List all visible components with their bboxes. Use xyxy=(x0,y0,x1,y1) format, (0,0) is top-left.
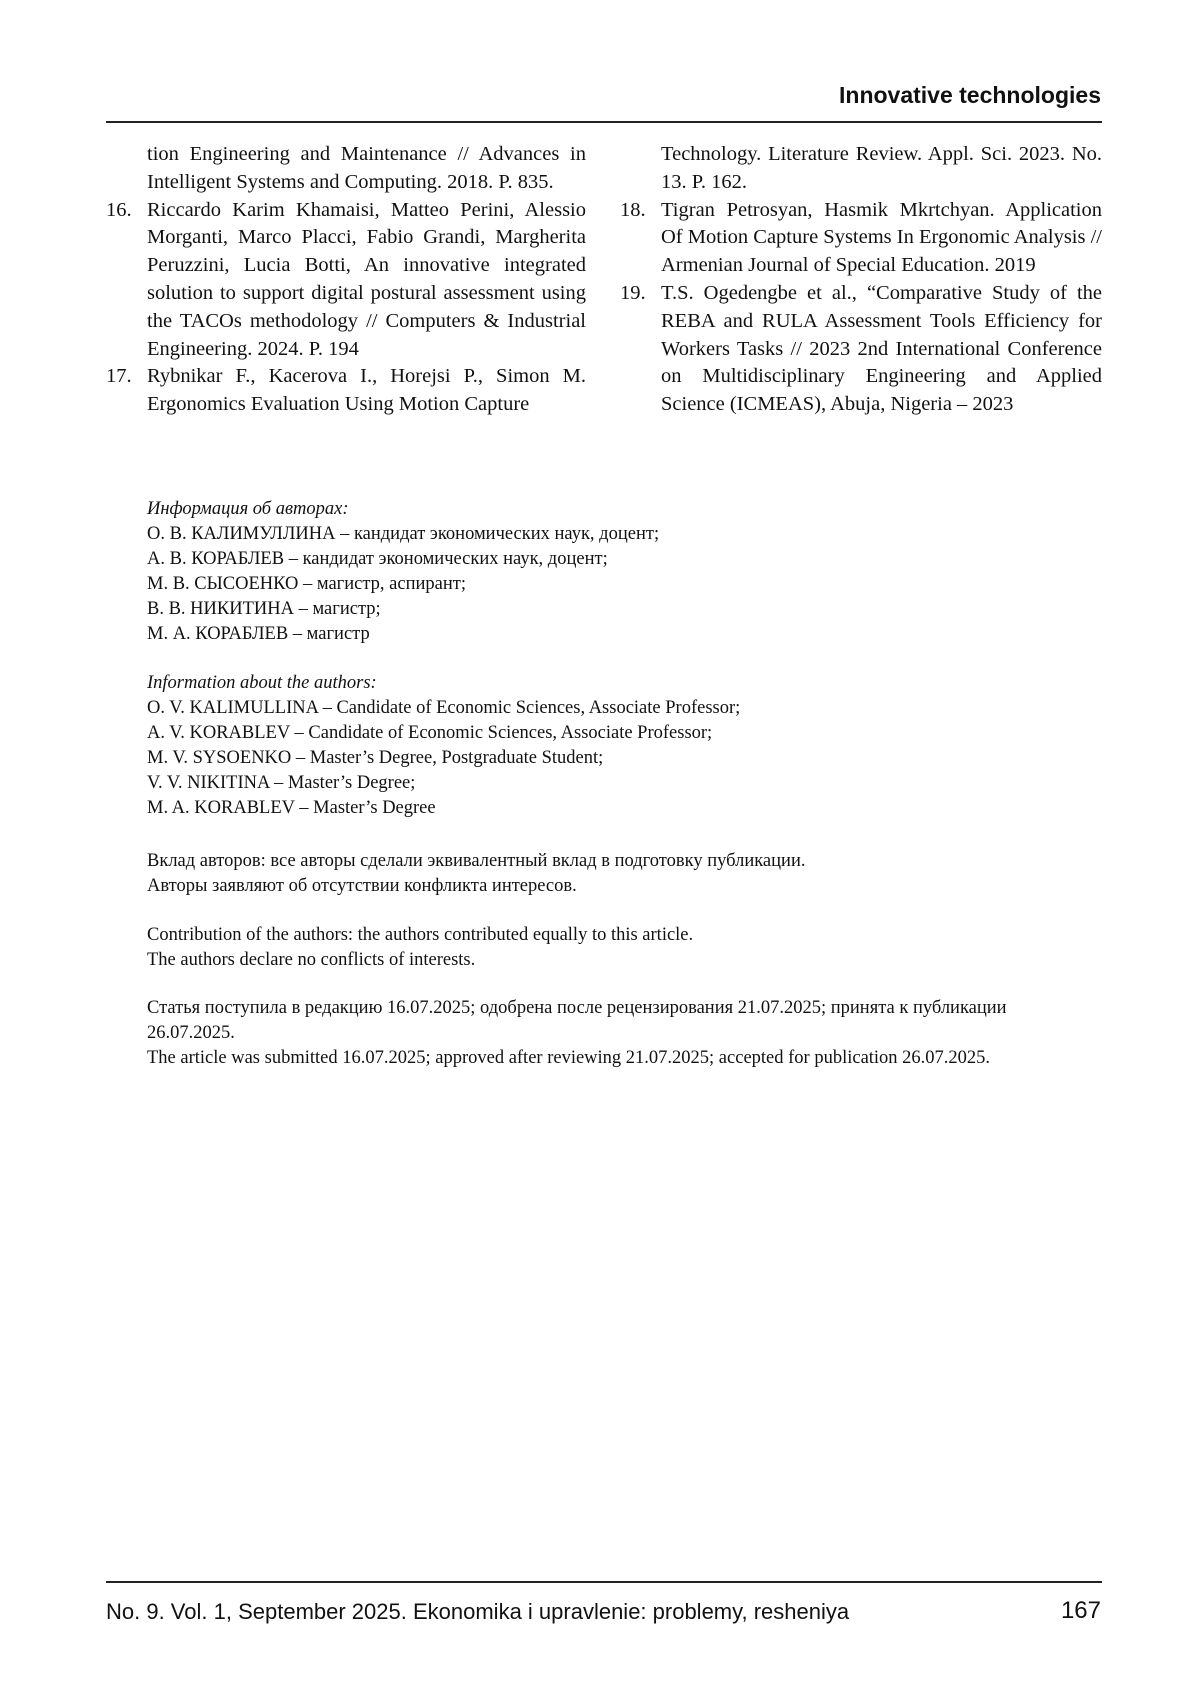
dates-en: The article was submitted 16.07.2025; ap… xyxy=(147,1046,1107,1071)
authors-info-en-heading: Information about the authors: xyxy=(147,671,1107,696)
reference-item-17: 17. Rybnikar F., Kacerova I., Horejsi P.… xyxy=(106,363,586,419)
references-right-column: Technology. Literature Review. Appl. Sci… xyxy=(620,141,1102,419)
reference-text: T.S. Ogedengbe et al., “Comparative Stud… xyxy=(661,282,1102,415)
reference-continuation: Technology. Literature Review. Appl. Sci… xyxy=(620,141,1102,197)
reference-continuation: tion Engineering and Maintenance // Adva… xyxy=(106,141,586,197)
authors-info-en: Information about the authors: O. V. KAL… xyxy=(147,671,1107,821)
footer-journal-info: No. 9. Vol. 1, September 2025. Ekonomika… xyxy=(106,1599,849,1625)
page-number: 167 xyxy=(1061,1597,1101,1625)
contribution-en: Contribution of the authors: the authors… xyxy=(147,923,1107,973)
reference-text: Rybnikar F., Kacerova I., Horejsi P., Si… xyxy=(147,365,586,415)
reference-text: Technology. Literature Review. Appl. Sci… xyxy=(661,143,1102,193)
reference-item-18: 18. Tigran Petrosyan, Hasmik Mkrtchyan. … xyxy=(620,197,1102,280)
authors-info-ru-heading: Информация об авторах: xyxy=(147,497,1107,522)
author-line: А. В. КОРАБЛЕВ – кандидат экономических … xyxy=(147,547,1107,572)
authors-info-ru: Информация об авторах: О. В. КАЛИМУЛЛИНА… xyxy=(147,497,1107,647)
running-head-section-title: Innovative technologies xyxy=(839,82,1101,109)
reference-text: tion Engineering and Maintenance // Adva… xyxy=(147,143,586,193)
author-line: М. В. СЫСОЕНКО – магистр, аспирант; xyxy=(147,572,1107,597)
dates-ru-line-2: 26.07.2025. xyxy=(147,1021,1107,1046)
dates-ru-line-1: Статья поступила в редакцию 16.07.2025; … xyxy=(147,996,1107,1021)
author-line: A. V. KORABLEV – Candidate of Economic S… xyxy=(147,721,1107,746)
author-line: M. A. KORABLEV – Master’s Degree xyxy=(147,796,1107,821)
reference-number: 17. xyxy=(106,363,132,391)
author-line: О. В. КАЛИМУЛЛИНА – кандидат экономическ… xyxy=(147,522,1107,547)
references-left-column: tion Engineering and Maintenance // Adva… xyxy=(106,141,586,419)
footer-rule xyxy=(106,1581,1102,1583)
reference-text: Riccardo Karim Khamaisi, Matteo Perini, … xyxy=(147,199,586,360)
author-line: M. V. SYSOENKO – Master’s Degree, Postgr… xyxy=(147,746,1107,771)
reference-number: 18. xyxy=(620,197,646,225)
conflict-statement-en: The authors declare no conflicts of inte… xyxy=(147,948,1107,973)
contribution-ru: Вклад авторов: все авторы сделали эквива… xyxy=(147,849,1107,899)
header-rule xyxy=(106,121,1102,123)
contribution-statement-en: Contribution of the authors: the authors… xyxy=(147,923,1107,948)
conflict-statement-ru: Авторы заявляют об отсутствии конфликта … xyxy=(147,874,1107,899)
author-line: В. В. НИКИТИНА – магистр; xyxy=(147,597,1107,622)
reference-number: 19. xyxy=(620,280,646,308)
author-line: V. V. NIKITINA – Master’s Degree; xyxy=(147,771,1107,796)
author-line: O. V. KALIMULLINA – Candidate of Economi… xyxy=(147,696,1107,721)
reference-item-19: 19. T.S. Ogedengbe et al., “Comparative … xyxy=(620,280,1102,419)
reference-number: 16. xyxy=(106,197,132,225)
article-dates: Статья поступила в редакцию 16.07.2025; … xyxy=(147,996,1107,1071)
contribution-statement-ru: Вклад авторов: все авторы сделали эквива… xyxy=(147,849,1107,874)
reference-text: Tigran Petrosyan, Hasmik Mkrtchyan. Appl… xyxy=(661,199,1102,277)
reference-item-16: 16. Riccardo Karim Khamaisi, Matteo Peri… xyxy=(106,197,586,364)
author-line: М. А. КОРАБЛЕВ – магистр xyxy=(147,622,1107,647)
